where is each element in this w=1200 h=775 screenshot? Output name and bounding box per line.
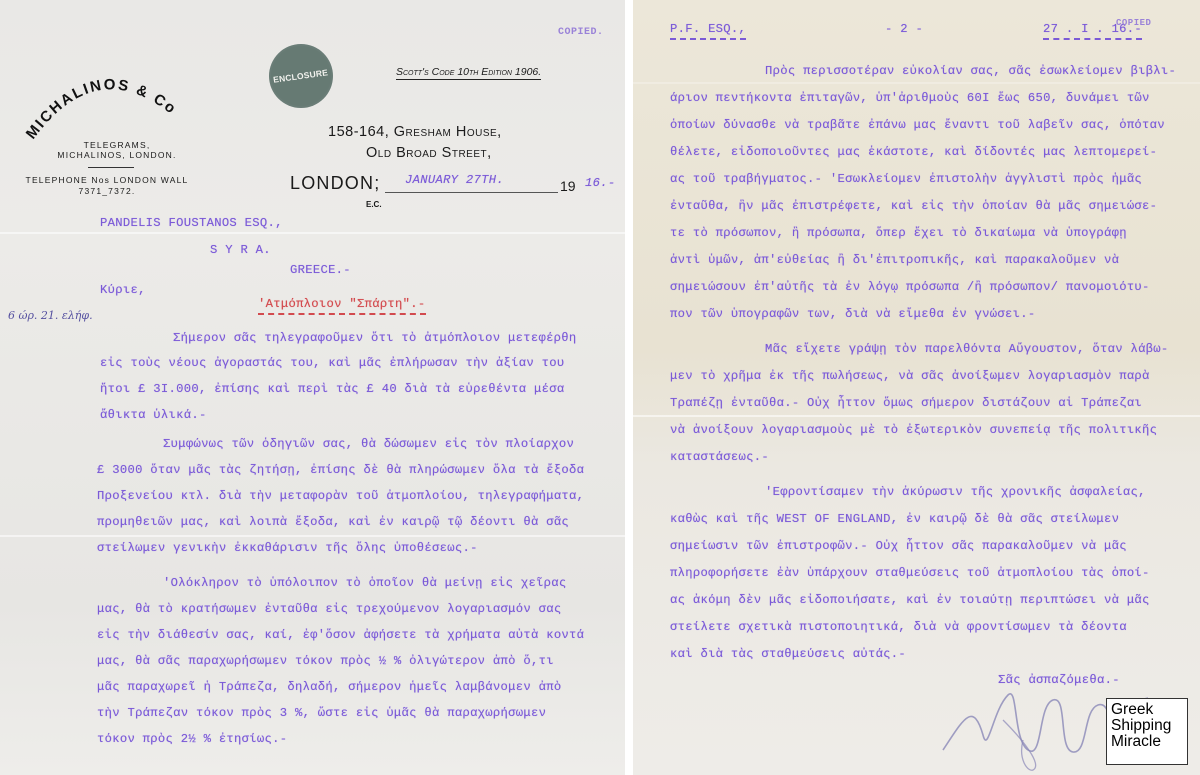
body-line: ας ἀκόμη δὲν μᾶς εἰδοποιήσατε, καὶ ἐν το… [670,593,1150,607]
salutation: Κύριε, [100,283,146,297]
enclosure-stamp: ENCLOSURE [271,46,331,106]
telephone-numbers: 7371_7372. [22,186,192,196]
divider [88,167,134,168]
body-line: καθὼς καὶ τῆς WEST OF ENGLAND, ἐν καιρῷ … [670,512,1119,526]
company-name: MICHALINOS & Co [23,76,180,142]
city-label: LONDON; [290,173,380,194]
body-line: τε τὸ πρόσωπον, ἢ πρόσωπα, ὅπερ ἔχει τὸ … [670,226,1127,240]
year-prefix: 19 [560,178,576,194]
body-line: μας, θὰ σᾶς παραχωρήσωμεν τόκον πρὸς ½ %… [97,654,554,668]
typed-date: JANUARY 27TH. [405,173,504,187]
telegrams-label: TELEGRAMS, [42,140,192,150]
body-line: μας, θὰ τὸ κρατήσωμεν ἐνταῦθα εἰς τρεχού… [97,602,561,616]
letter-page-2: P.F. ESQ., - 2 - 27 . I . 16.- COPIED Πρ… [633,0,1200,775]
body-line: τὴν Τράπεζαν τόκον πρὸς 3 %, ὥστε εἰς ὑμ… [97,706,546,720]
body-line: ἄθικτα ὑλικά.- [100,408,207,422]
postal-district: E.C. [366,200,382,209]
watermark-line-2: Shipping [1111,718,1183,734]
body-line: ἀντὶ ὑμῶν, ἀπ'εὐθείας ἢ δι'ἐπιτροπικῆς, … [670,253,1119,267]
body-line: μᾶς παραχωρεῖ ἡ Τράπεζα, δηλαδή, σήμερον… [97,680,561,694]
letter-page-1: COPIED. MICHALINOS & Co TELEGRAMS, MICHA… [0,0,625,775]
body-line: εἰς τὴν διάθεσίν σας, καί, ἐφ'ὅσον ἀφήσε… [97,628,584,642]
body-line: καταστάσεως.- [670,450,769,464]
telegrams-address: MICHALINOS, LONDON. [42,150,192,160]
body-line: Συμφώνως τῶν ὁδηγιῶν σας, θὰ δώσωμεν εἰς… [163,437,574,451]
body-line: μεν τὸ χρῆμα ἐκ τῆς πωλήσεως, νὰ σᾶς ἀνο… [670,369,1150,383]
paper-fold [633,82,1200,84]
watermark-logo: Greek Shipping Miracle [1106,698,1188,765]
body-line: Μᾶς εἴχετε γράψῃ τὸν παρελθόντα Αὔγουστο… [765,342,1169,356]
page-number: - 2 - [885,22,923,36]
body-line: Σήμερον σᾶς τηλεγραφοῦμεν ὅτι τὸ ἀτμόπλο… [173,331,577,345]
enclosure-label: ENCLOSURE [273,67,329,85]
svg-text:MICHALINOS & Co: MICHALINOS & Co [23,76,180,142]
body-line: καὶ διὰ τὰς σταθμεύσεις αὐτάς.- [670,647,906,661]
company-logo: MICHALINOS & Co [18,60,198,150]
copied-stamp: COPIED. [558,27,604,38]
body-line: £ 3000 ὅταν μᾶς τὰς ζητήσῃ, ἐπίσης δὲ θὰ… [97,463,584,477]
body-line: στείλωμεν γενικὴν ἐκκαθάρισιν τῆς ὅλης ὑ… [97,541,478,555]
header-addressee: P.F. ESQ., [670,22,746,40]
copied-stamp: COPIED [1116,18,1151,28]
body-line: άριον πεντήκοντα ἐπιταγῶν, ὑπ'ἀριθμοὺς 6… [670,91,1150,105]
paper-fold [633,415,1200,417]
recipient-name: PANDELIS FOUSTANOS ESQ., [100,216,283,230]
body-line: ας τοῦ τραβήγματος.- 'Εσωκλείομεν ἐπιστο… [670,172,1142,186]
recipient-city: S Y R A. [210,243,271,257]
body-line: Τραπέζῃ ἐνταῦθα.- Οὐχ ἧττον ὅμως σήμερον… [670,396,1142,410]
body-line: 'Εφροντίσαμεν τὴν ἀκύρωσιν τῆς χρονικῆς … [765,485,1146,499]
body-line: προμηθειῶν μας, καὶ λοιπὰ ἔξοδα, καὶ ἐν … [97,515,569,529]
body-line: σημείωσιν τῶν ἐπιστροφῶν.- Οὐχ ἧττον σᾶς… [670,539,1127,553]
address-line-2: Old Broad Street, [366,145,492,161]
body-line: πληροφορήσετε ἐὰν ὑπάρχουν σταθμεύσεις τ… [670,566,1150,580]
handwritten-note: 6 ώρ. 21. ελήφ. [8,309,93,322]
telephone-label: TELEPHONE Nos LONDON WALL [22,175,192,185]
body-line: ἐνταῦθα, ἣν μᾶς ἐπιστρέφετε, καὶ εἰς τὴν… [670,199,1157,213]
watermark-line-3: Miracle [1111,734,1183,750]
date-line [385,192,558,193]
paper-fold [0,535,625,537]
body-line: ὁποίων δύνασθε νὰ τραβᾶτε ἐπάνω μας ἔναν… [670,118,1165,132]
body-line: νὰ ἀνοίξουν λογαριασμοὺς μὲ τὸ ἐξωτερικὸ… [670,423,1157,437]
body-line: τόκον πρὸς 2½ % ἐτησίως.- [97,732,287,746]
watermark-line-1: Greek [1111,702,1183,718]
code-line: Scott's Code 10th Edition 1906. [396,66,541,80]
body-line: στείλετε σχετικὰ πιστοποιητικά, διὰ νὰ φ… [670,620,1127,634]
body-line: 'Ολόκληρον τὸ ὑπόλοιπον τὸ ὁποῖον θὰ μεί… [163,576,567,590]
body-line: πον τῶν ὑπογραφῶν των, διὰ νὰ εἴμεθα ἐν … [670,307,1035,321]
body-line: εἰς τοὺς νέους ἀγοραστάς του, καὶ μᾶς ἐπ… [100,356,564,370]
subject-line: 'Ατμόπλοιον "Σπάρτη".- [258,297,426,315]
body-line: Πρὸς περισσοτέραν εὐκολίαν σας, σᾶς ἐσωκ… [765,64,1176,78]
address-line-1: 158-164, Gresham House, [328,124,502,140]
body-line: θέλετε, εἰδοποιοῦντες μας ἑκάστοτε, καὶ … [670,145,1157,159]
body-line: ἤτοι £ 3I.000, ἐπίσης καὶ περὶ τὰς £ 40 … [100,382,564,396]
recipient-country: GREECE.- [290,263,351,277]
typed-year: 16.- [585,176,615,190]
body-line: σημειώσουν ἐπ'αὐτῆς τὰ ἐν λόγῳ πρόσωπα /… [670,280,1150,294]
body-line: Προξενείου κτλ. διὰ τὴν μεταφορὰν τοῦ ἀτ… [97,489,584,503]
paper-fold [0,232,625,234]
